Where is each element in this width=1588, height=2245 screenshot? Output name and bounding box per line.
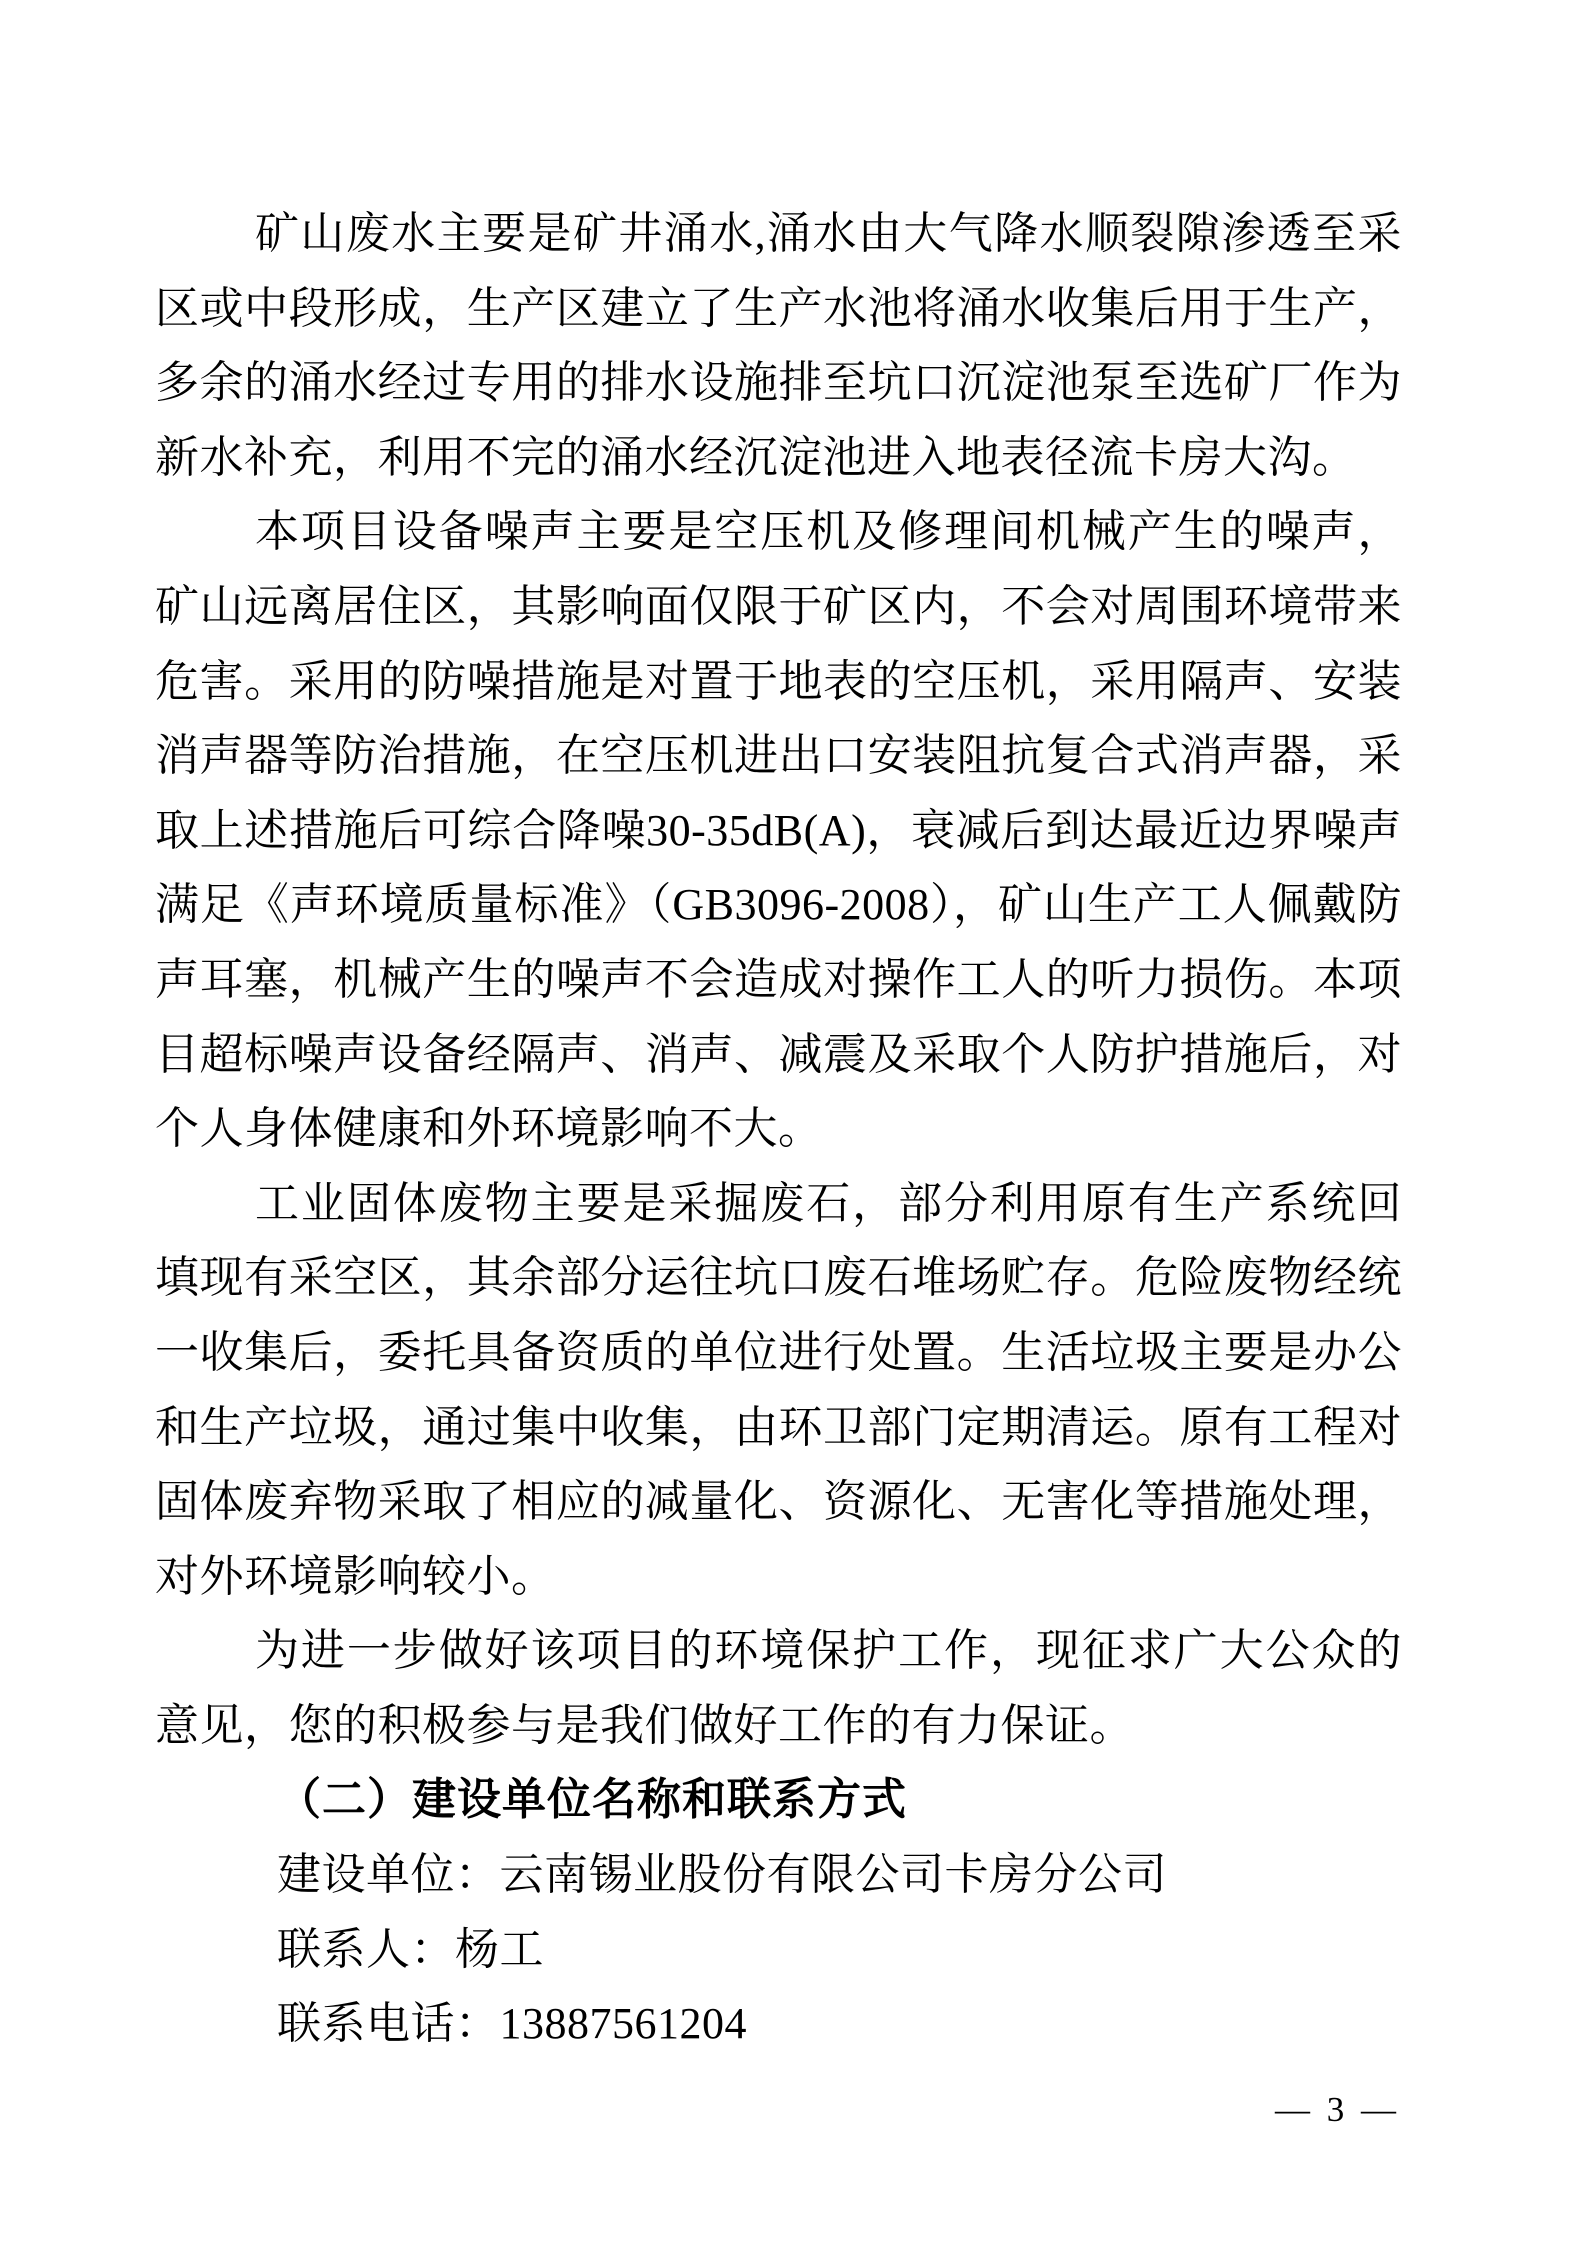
paragraph-mine-wastewater: 矿山废水主要是矿井涌水,涌水由大气降水顺裂隙渗透至采区或中段形成，生产区建立了生… [155, 197, 1402, 495]
contact-phone-line: 联系电话：13887561204 [155, 1987, 1402, 2062]
contact-person-value: 杨工 [455, 1925, 544, 1974]
construction-unit-line: 建设单位：云南锡业股份有限公司卡房分公司 [155, 1838, 1402, 1913]
contact-person-label: 联系人： [277, 1925, 455, 1974]
contact-phone-value: 13887561204 [500, 1999, 748, 2048]
page-number: — 3 — [1275, 2090, 1400, 2130]
construction-unit-label: 建设单位： [277, 1850, 500, 1899]
paragraph-equipment-noise: 本项目设备噪声主要是空压机及修理间机械产生的噪声，矿山远离居住区，其影响面仅限于… [155, 495, 1402, 1166]
paragraph-solid-waste: 工业固体废物主要是采掘废石，部分利用原有生产系统回填现有采空区，其余部分运往坑口… [155, 1167, 1402, 1615]
paragraph-public-opinion-request: 为进一步做好该项目的环境保护工作，现征求广大公众的意见，您的积极参与是我们做好工… [155, 1614, 1402, 1763]
document-page: 矿山废水主要是矿井涌水,涌水由大气降水顺裂隙渗透至采区或中段形成，生产区建立了生… [0, 0, 1588, 2245]
construction-unit-value: 云南锡业股份有限公司卡房分公司 [500, 1850, 1168, 1899]
contact-person-line: 联系人：杨工 [155, 1913, 1402, 1988]
contact-phone-label: 联系电话： [277, 1999, 500, 2048]
document-body: 矿山废水主要是矿井涌水,涌水由大气降水顺裂隙渗透至采区或中段形成，生产区建立了生… [155, 197, 1402, 2062]
section-heading-unit-and-contact: （二）建设单位名称和联系方式 [155, 1763, 1402, 1838]
